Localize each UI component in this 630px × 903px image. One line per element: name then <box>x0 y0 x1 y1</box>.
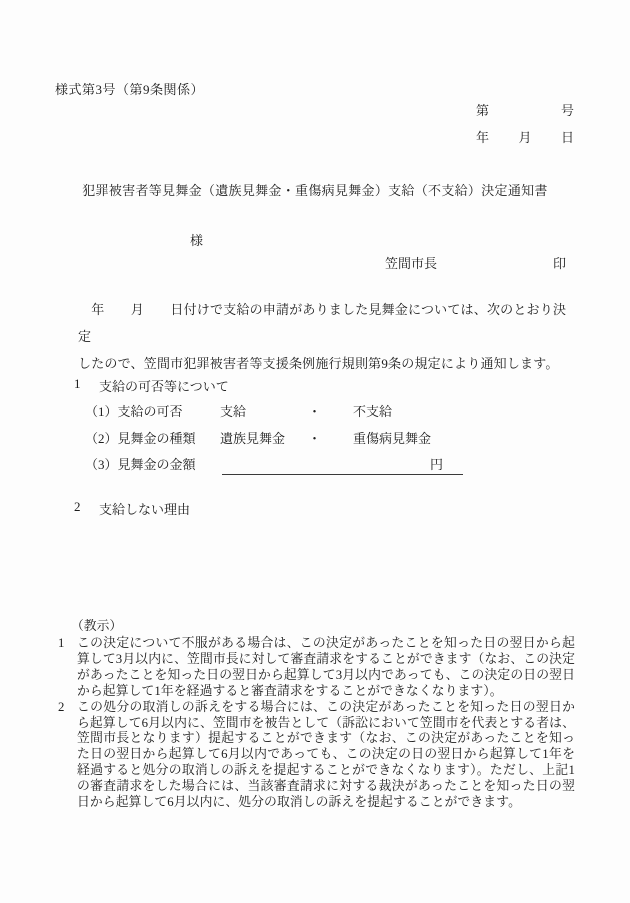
notification-body: 年 月 日付けで支給の申請がありました見舞金については、次のとおり決定 したので… <box>78 296 575 377</box>
benefit-type-row: （2）見舞金の種類 遺族見舞金 ・ 重傷病見舞金 <box>85 426 555 453</box>
date-year-label: 年 <box>476 127 489 146</box>
decision-section-title: 支給の可否等について <box>99 376 229 395</box>
appeal-instruction-item-2: 2 この処分の取消しの訴えをする場合には、この決定があったことを知った日の翌日か… <box>58 700 575 811</box>
form-number: 様式第3号（第9条関係） <box>55 79 204 98</box>
notification-body-line2: したので、笠間市犯罪被害者等支援条例施行規則第9条の規定により通知します。 <box>78 350 575 377</box>
payment-option-approve: 支給 <box>220 399 308 426</box>
decision-section-heading: 1 支給の可否等について <box>74 376 229 395</box>
benefit-type-option-survivor: 遺族見舞金 <box>220 426 308 453</box>
denial-reason-section-heading: 2 支給しない理由 <box>74 499 190 518</box>
option-separator-dot: ・ <box>308 399 353 426</box>
payment-option-deny: 不支給 <box>353 399 555 426</box>
notification-body-line1: 年 月 日付けで支給の申請がありました見舞金については、次のとおり決定 <box>78 296 575 350</box>
benefit-type-option-injury: 重傷病見舞金 <box>353 426 555 453</box>
appeal-instruction-item-1: 1 この決定について不服がある場合は、この決定があったことを知った日の翌日から起… <box>58 636 575 700</box>
amount-label: （3）見舞金の金額 <box>85 452 220 479</box>
denial-reason-section-title: 支給しない理由 <box>99 499 190 518</box>
appeal-item-text: この決定について不服がある場合は、この決定があったことを知った日の翌日から起算し… <box>77 636 575 700</box>
appeal-instructions: 1 この決定について不服がある場合は、この決定があったことを知った日の翌日から起… <box>58 636 575 811</box>
addressee-honorific: 様 <box>190 230 203 249</box>
payment-decision-label: （1）支給の可否 <box>85 399 220 426</box>
appeal-item-text: この処分の取消しの訴えをする場合には、この決定があったことを知った日の翌日から起… <box>77 700 575 811</box>
doc-number-line: 第 号 <box>476 100 574 119</box>
appeal-instructions-heading: （教示） <box>71 615 122 634</box>
document-title: 犯罪被害者等見舞金（遺族見舞金・重傷病見舞金）支給（不支給）決定通知書 <box>0 180 630 199</box>
denial-reason-section-number: 2 <box>74 499 99 518</box>
issue-date-line: 年 月 日 <box>476 127 574 146</box>
doc-number-suffix: 号 <box>561 100 574 119</box>
issuer-seal: 印 <box>553 253 566 272</box>
notification-document-page: 様式第3号（第9条関係） 第 号 年 月 日 犯罪被害者等見舞金（遺族見舞金・重… <box>0 0 630 903</box>
issuer-name: 笠間市長 <box>385 253 437 272</box>
date-month-label: 月 <box>518 127 531 146</box>
payment-decision-row: （1）支給の可否 支給 ・ 不支給 <box>85 399 555 426</box>
benefit-type-label: （2）見舞金の種類 <box>85 426 220 453</box>
date-day-label: 日 <box>561 127 574 146</box>
appeal-item-number: 1 <box>58 636 77 700</box>
issuer-line: 笠間市長 印 <box>385 253 566 272</box>
option-separator-dot: ・ <box>308 426 353 453</box>
amount-blank-underline: 円 <box>222 456 463 475</box>
amount-unit-yen: 円 <box>430 457 443 472</box>
decision-section-number: 1 <box>74 376 99 395</box>
doc-number-prefix: 第 <box>476 100 489 119</box>
decision-rows: （1）支給の可否 支給 ・ 不支給 （2）見舞金の種類 遺族見舞金 ・ 重傷病見… <box>85 399 555 479</box>
appeal-item-number: 2 <box>58 700 77 811</box>
amount-row: （3）見舞金の金額 円 <box>85 452 555 479</box>
